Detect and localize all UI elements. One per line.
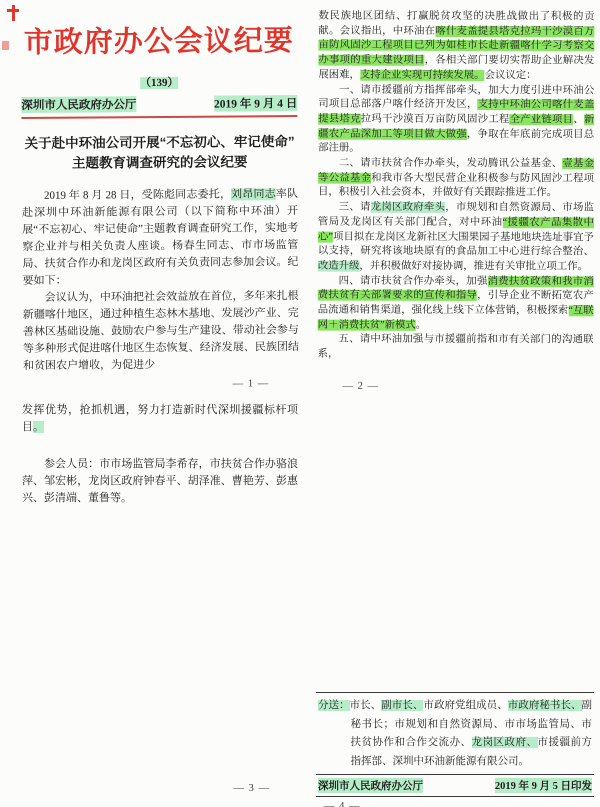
paragraph: 一、请市援疆前方指挥部牵头，加大力度引进中环油公司项目总部落户喀什经济开发区，支… <box>318 83 594 157</box>
paragraph: 分送：市长、副市长、市政府党组成员、市政府秘书长、副秘书长；市规划和自然资源局、… <box>318 697 592 771</box>
text-segment: 四、请市扶贫合作办牵头，加强 <box>339 275 488 286</box>
paragraph: 数民族地区团结、打赢脱贫攻坚的决胜战做出了积极的贡献。会议指出，中环油在喀什麦盖… <box>318 10 594 84</box>
paragraph: 发挥优势，抢抓机遇，努力打造新时代深圳援疆标杆项目。 <box>22 402 298 436</box>
issue-date: 2019 年 9 月 4 日 <box>214 95 297 112</box>
page-2: 数民族地区团结、打赢脱贫攻坚的决胜战做出了积极的贡献。会议指出，中环油在喀什麦盖… <box>317 8 594 393</box>
highlighted-text: 分送： <box>318 700 350 711</box>
issuer-date-row: 深圳市人民政府办公厅 2019 年 9 月 4 日 <box>21 95 297 113</box>
scanned-document: 市政府办公会议纪要 （139） 深圳市人民政府办公厅 2019 年 9 月 4 … <box>0 0 600 807</box>
text-segment: 三、请 <box>339 202 371 213</box>
text-segment: 。 <box>416 320 426 331</box>
red-stamp-artifact <box>7 5 21 23</box>
issuing-office: 深圳市人民政府办公厅 <box>21 96 136 113</box>
page-3: 发挥优势，抢抓机遇，努力打造新时代深圳援疆标杆项目。参会人员：市市场监管局李希存… <box>22 402 298 802</box>
text-segment: 市政府党组成员、 <box>423 700 507 711</box>
highlighted-text: 副市长、 <box>381 700 423 711</box>
page-4: 分送：市长、副市长、市政府党组成员、市政府秘书长、副秘书长；市规划和自然资源局、… <box>316 692 594 807</box>
page-2-body: 数民族地区团结、打赢脱贫攻坚的决胜战做出了积极的贡献。会议指出，中环油在喀什麦盖… <box>318 10 595 364</box>
paragraph: 2019 年 8 月 28 日，受陈彪同志委托，刘昂同志率队赴深圳中环油新能源有… <box>22 186 299 290</box>
document-title-line2: 主题教育调查研究的会议纪要 <box>22 152 298 174</box>
page-1-body: 2019 年 8 月 28 日，受陈彪同志委托，刘昂同志率队赴深圳中环油新能源有… <box>22 186 299 375</box>
highlighted-text: 支持企业实现可持续发展。 <box>360 70 485 81</box>
document-title-line1: 关于赴中环油公司开展“不忘初心、牢记使命” <box>22 132 298 154</box>
paragraph: 参会人员：市市场监管局李希存，市扶贫合作办骆浪萍、邹宏彬，龙岗区政府钟春平、胡泽… <box>22 456 298 507</box>
text-segment: 、 <box>573 114 584 125</box>
distribution-list: 分送：市长、副市长、市政府党组成员、市政府秘书长、副秘书长；市规划和自然资源局、… <box>316 692 594 774</box>
print-date: 2019 年 9 月 5 日印发 <box>495 778 592 793</box>
issuing-office: 深圳市人民政府办公厅 <box>318 778 423 793</box>
red-smudge-artifact <box>2 41 9 50</box>
paragraph: 会议认为，中环油把社会效益放在首位，多年来扎根新疆喀什地区，通过种植生态林木基地… <box>23 288 300 375</box>
text-segment: 参会人员：市市场监管局李希存，市扶贫合作办骆浪萍、邹宏彬，龙岗区政府钟春平、胡泽… <box>22 458 298 504</box>
print-info-row: 深圳市人民政府办公厅 2019 年 9 月 5 日印发 <box>316 775 594 797</box>
red-divider-rule <box>21 115 297 119</box>
highlighted-text: 全产业链项目 <box>509 114 573 125</box>
highlighted-text: 龙岗区政府、 <box>472 737 538 748</box>
page-4-number: — 4 — <box>316 801 594 807</box>
text-segment: 项目拟在龙岗区龙新社区大围果园子基地地块选址事宜予以支持，研究将该地块原有的食品… <box>318 231 594 257</box>
page-2-number: — 2 — <box>317 381 593 393</box>
issue-number: （139） <box>140 77 179 89</box>
text-segment: 拉玛干沙漠百万亩防风固沙工程 <box>361 114 510 125</box>
page-3-number: — 3 — <box>234 783 271 794</box>
highlighted-text: 龙岗区政府牵头 <box>371 202 446 213</box>
text-segment: ，并积极做好对接协调，推进有关审批立项工作。 <box>359 261 588 273</box>
paragraph: 五、请中环油加强与市援疆前指和市有关部门的沟通联系， <box>318 333 594 363</box>
text-segment: 二、请市扶贫合作办牵头，发动腾讯公益基金、 <box>339 158 563 170</box>
text-segment: 市长、 <box>350 700 382 711</box>
page-3-body: 发挥优势，抢抓机遇，努力打造新时代深圳援疆标杆项目。参会人员：市市场监管局李希存… <box>22 402 298 507</box>
page-1-number: — 1 — <box>23 378 299 391</box>
text-segment: 会议认为，中环油把社会效益放在首位，多年来扎根新疆喀什地区，通过种植生态林木基地… <box>23 290 299 372</box>
issue-number-row: （139） <box>21 73 297 91</box>
text-segment: 2019 年 8 月 28 日，受陈彪同志委托， <box>44 189 231 202</box>
paragraph: 二、请市扶贫合作办牵头，发动腾讯公益基金、壹基金等公益基金和我市各大型民营企业积… <box>318 157 594 202</box>
text-segment: 五、请中环油加强与市援疆前指和市有关部门的沟通联系， <box>318 334 594 360</box>
document-title: 关于赴中环油公司开展“不忘初心、牢记使命” 主题教育调查研究的会议纪要 <box>22 132 298 174</box>
text-segment: 会议议定： <box>485 70 537 81</box>
highlighted-text: 刘昂同志 <box>231 188 276 200</box>
highlighted-text: 。 <box>33 421 44 433</box>
paragraph: 三、请龙岗区政府牵头，市规划和自然资源局、市场监管局及龙岗区有关部门配合，对中环… <box>318 201 594 275</box>
paragraph: 四、请市扶贫合作办牵头，加强消费扶贫政策和我市消费扶贫有关部署要求的宣传和指导，… <box>318 274 594 334</box>
highlighted-text: 市政府秘书长、 <box>508 700 582 711</box>
page-1: 市政府办公会议纪要 （139） 深圳市人民政府办公厅 2019 年 9 月 4 … <box>21 13 300 391</box>
text-segment: 发挥优势，抢抓机遇，努力打造新时代深圳援疆标杆项目 <box>22 404 298 433</box>
highlighted-text: 改造升级 <box>318 261 360 272</box>
text-segment: 率队赴深圳中环油新能源有限公司（以下简称中环油）开展“不忘初心、牢记使命”主题教… <box>22 188 298 287</box>
document-masthead: 市政府办公会议纪要 <box>21 21 297 63</box>
